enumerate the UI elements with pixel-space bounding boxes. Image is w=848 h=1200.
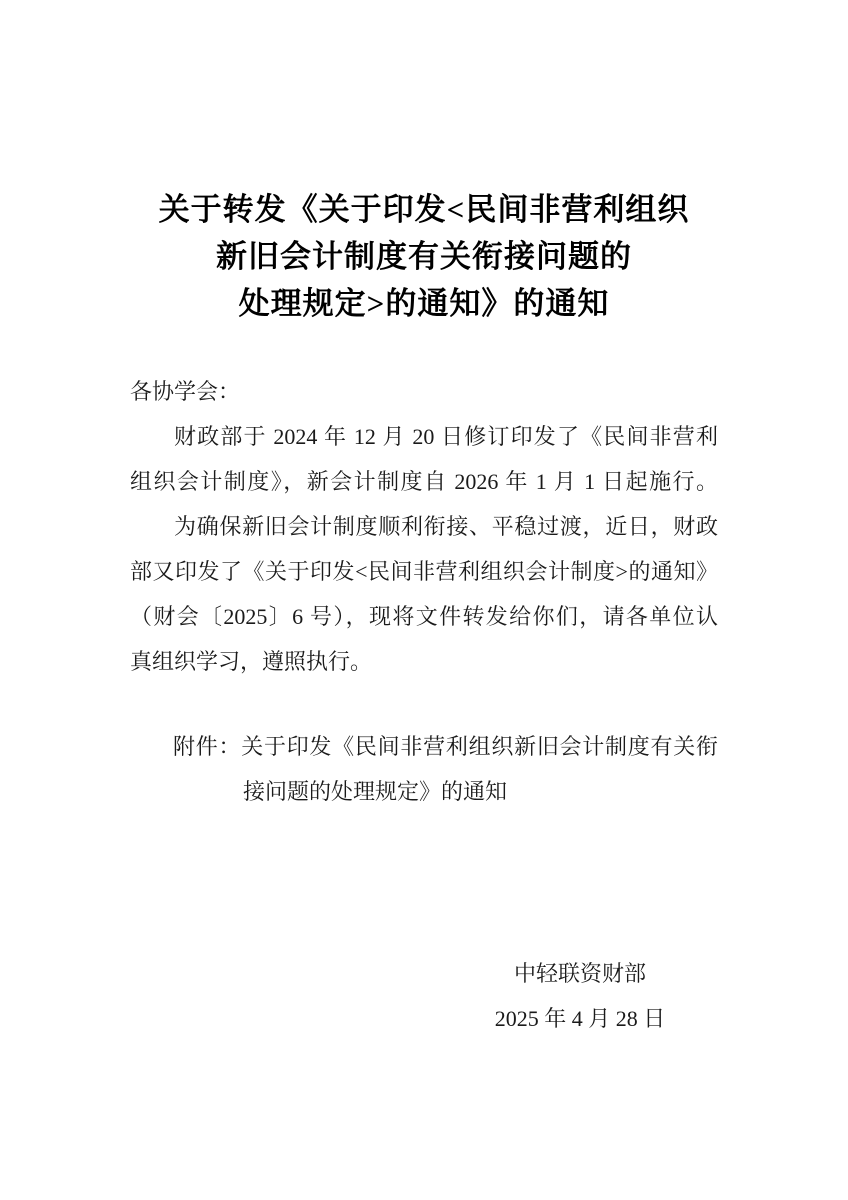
paragraph-line: 部又印发了《关于印发<民间非营利组织会计制度>的通知》	[130, 549, 718, 594]
attachment-note: 附件：关于印发《民间非营利组织新旧会计制度有关衔接问题的处理规定》的通知	[130, 724, 718, 814]
attachment-line: 附件：关于印发《民间非营利组织新旧会计制度有关衔	[243, 724, 718, 769]
paragraph-1: 财政部于 2024 年 12 月 20 日修订印发了《民间非营利组织会计制度》，…	[130, 414, 718, 504]
paragraph-line: 组织会计制度》，新会计制度自 2026 年 1 月 1 日起施行。	[130, 459, 718, 504]
title-line-2: 新旧会计制度有关衔接问题的	[130, 233, 718, 280]
title-line-3: 处理规定>的通知》的通知	[130, 280, 718, 327]
signature-block: 中轻联资财部 2025 年 4 月 28 日	[442, 951, 718, 1041]
title-line-1: 关于转发《关于印发<民间非营利组织	[130, 186, 718, 233]
paragraph-line: （财会〔2025〕6 号），现将文件转发给你们，请各单位认	[130, 594, 718, 639]
signature-date: 2025 年 4 月 28 日	[442, 996, 718, 1041]
salutation: 各协学会：	[130, 369, 718, 414]
paragraph-line: 财政部于 2024 年 12 月 20 日修订印发了《民间非营利	[130, 414, 718, 459]
signature-org: 中轻联资财部	[442, 951, 718, 996]
paragraph-2: 为确保新旧会计制度顺利衔接、平稳过渡，近日，财政部又印发了《关于印发<民间非营利…	[130, 504, 718, 684]
attachment-line: 接问题的处理规定》的通知	[243, 769, 718, 814]
paragraph-line: 为确保新旧会计制度顺利衔接、平稳过渡，近日，财政	[130, 504, 718, 549]
document-body: 各协学会： 财政部于 2024 年 12 月 20 日修订印发了《民间非营利组织…	[130, 369, 718, 1041]
paragraph-line: 真组织学习，遵照执行。	[130, 639, 718, 684]
document-page: 关于转发《关于印发<民间非营利组织 新旧会计制度有关衔接问题的 处理规定>的通知…	[0, 0, 848, 1200]
document-title: 关于转发《关于印发<民间非营利组织 新旧会计制度有关衔接问题的 处理规定>的通知…	[130, 186, 718, 327]
